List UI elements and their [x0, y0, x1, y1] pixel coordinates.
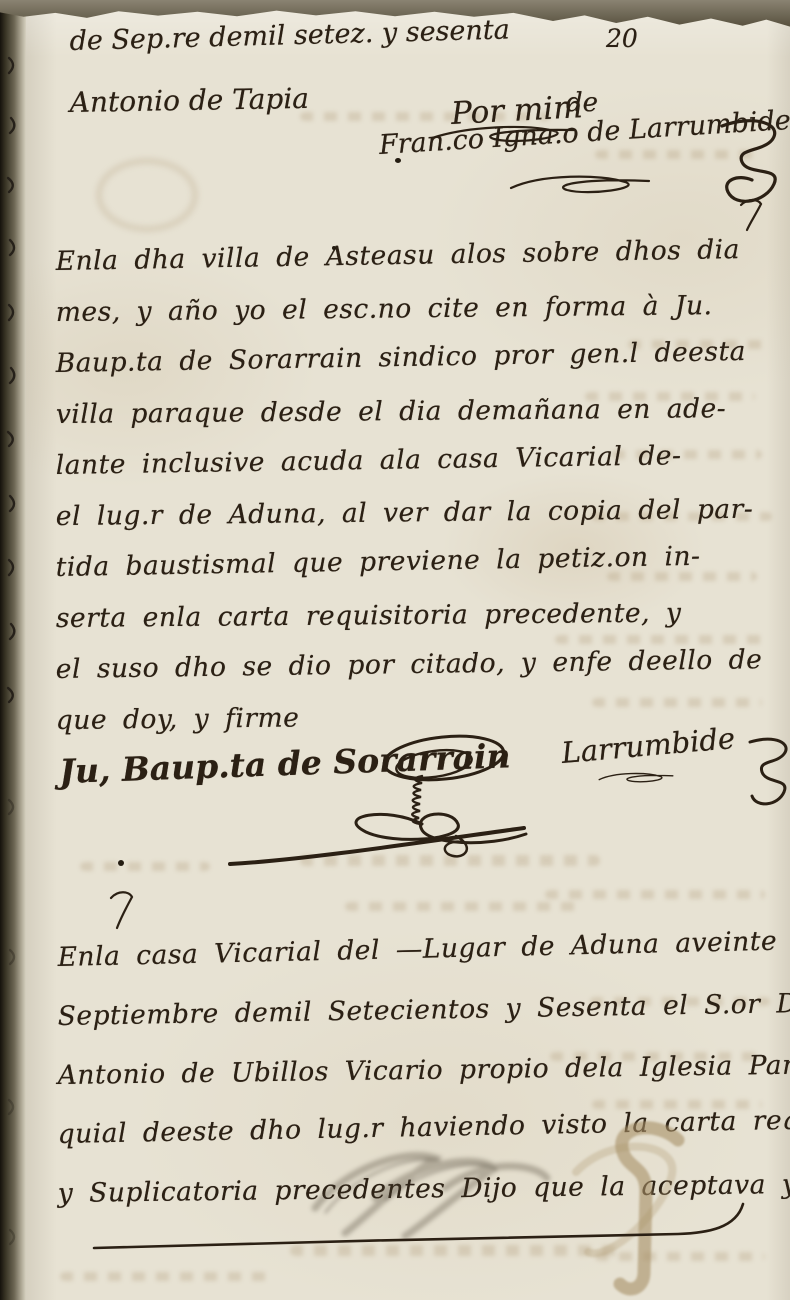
ink-showthrough	[96, 158, 198, 232]
ink-showthrough	[345, 902, 585, 911]
larrumbide-rubric-flourish	[740, 736, 790, 811]
ink-dot	[332, 246, 336, 250]
binding-ink-marks	[0, 0, 26, 1300]
ink-showthrough	[545, 890, 765, 899]
manuscript-scan: de Sep.re demil setez. y sesenta 20 Anto…	[0, 0, 790, 1300]
manuscript-line: serta enla carta requisitoria precedente…	[56, 598, 682, 634]
ink-showthrough	[607, 572, 757, 581]
ink-showthrough	[80, 862, 210, 871]
pen-stroke	[738, 196, 764, 232]
ink-showthrough	[60, 1272, 270, 1281]
ink-showthrough	[592, 698, 762, 707]
pen-stroke	[108, 888, 134, 930]
ink-dot	[118, 860, 124, 866]
folio-number: 20	[606, 24, 638, 53]
notary-underline-flourish	[475, 172, 685, 198]
larrumbide-loop-flourish	[596, 764, 676, 792]
ink-dot	[395, 158, 401, 163]
ink-showthrough	[555, 635, 765, 644]
header-name-line: Antonio de Tapia	[69, 82, 309, 119]
closing-rule	[88, 1198, 753, 1253]
sorarrain-paraph-flourish	[226, 728, 571, 868]
manuscript-line: villa paraque desde el dia demañana en a…	[56, 393, 727, 430]
